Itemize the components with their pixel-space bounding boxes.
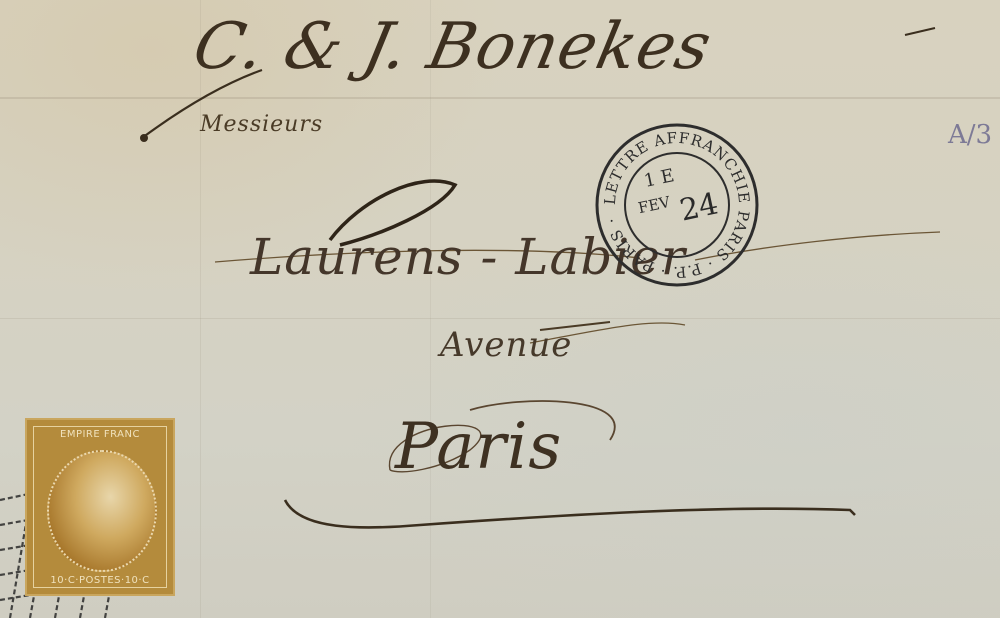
city-line: Paris — [395, 410, 562, 484]
stamp-bottom-inscription: 10·C·POSTES·10·C — [27, 575, 173, 586]
recipient-title: Messieurs — [200, 112, 323, 137]
recipient-name: C. & J. Bonekes — [187, 10, 718, 84]
postage-stamp: EMPIRE FRANC 10·C·POSTES·10·C — [25, 418, 175, 596]
envelope-cover: C. & J. Bonekes Messieurs Laurens - Labi… — [0, 0, 1000, 618]
portrait-icon — [47, 450, 157, 572]
street-line: Avenue — [440, 325, 572, 365]
svg-text:LETTRE AFFRANCHIE PARIS · P.P.: LETTRE AFFRANCHIE PARIS · P.P. · PARIS · — [601, 129, 753, 281]
pencil-note: A/3 — [948, 120, 992, 150]
postmark: LETTRE AFFRANCHIE PARIS · P.P. · PARIS ·… — [592, 120, 762, 290]
postmark-ring-icon: LETTRE AFFRANCHIE PARIS · P.P. · PARIS · — [592, 120, 762, 290]
stamp-top-inscription: EMPIRE FRANC — [27, 429, 173, 440]
